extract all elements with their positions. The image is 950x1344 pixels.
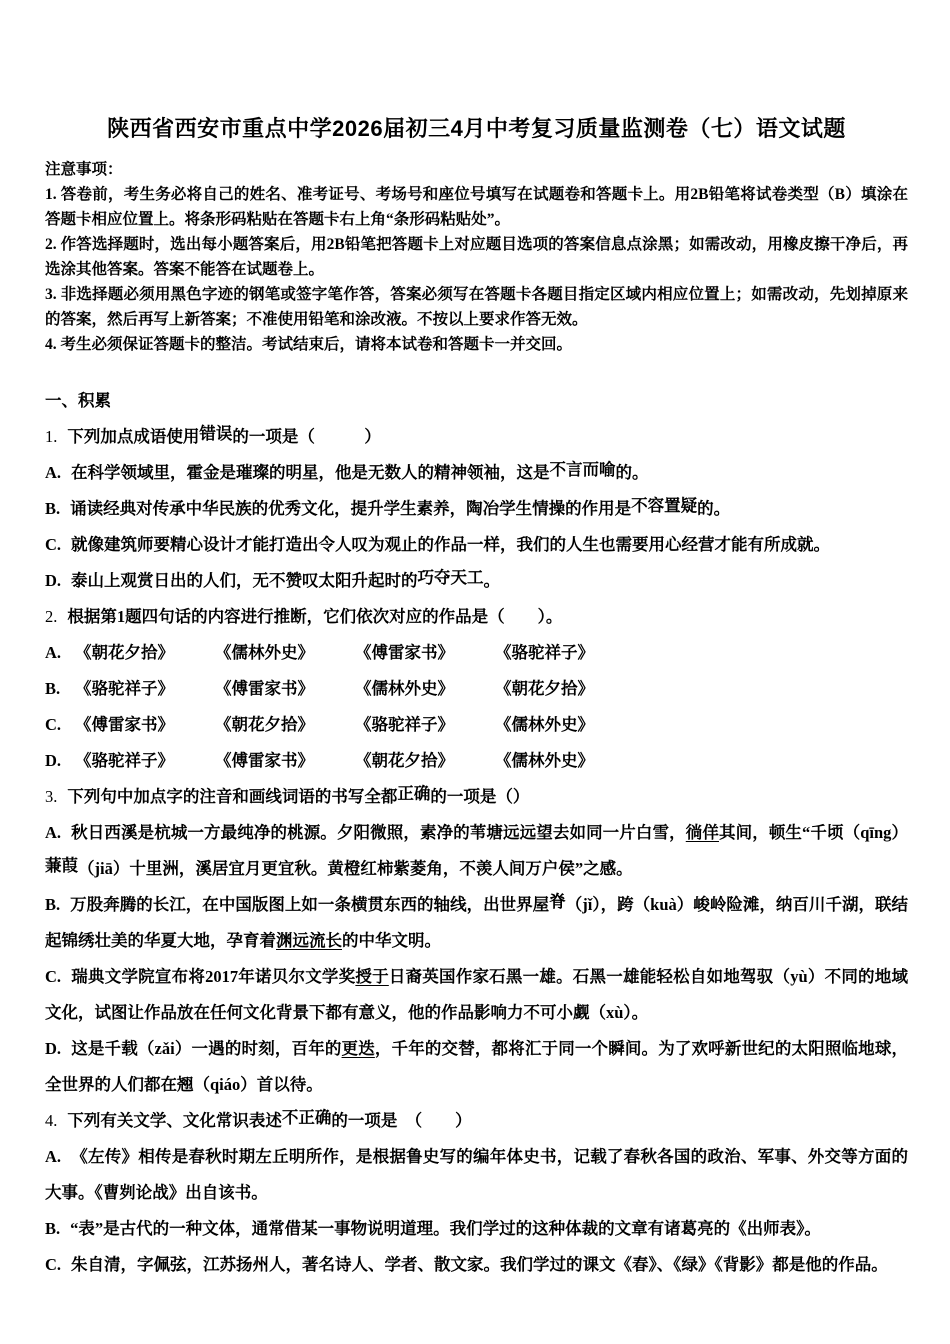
- question-3-option-b: B.万股奔腾的长江，在中国版图上如一条横贯东西的轴线，出世界屋脊（jǐ），跨（k…: [45, 887, 908, 959]
- question-1-option-c: C.就像建筑师要精心设计才能打造出令人叹为观止的作品一样，我们的人生也需要用心经…: [45, 527, 908, 563]
- section-heading: 一、积累: [45, 383, 908, 419]
- question-4-option-c: C.朱自清，字佩弦，江苏扬州人，著名诗人、学者、散文家。我们学过的课文《春》、《…: [45, 1247, 908, 1283]
- question-4-number: 4.: [45, 1111, 57, 1130]
- option-label: C.: [45, 1255, 61, 1274]
- notice-item-2: 2. 作答选择题时，选出每小题答案后，用2B铅笔把答题卡上对应题目选项的答案信息…: [45, 232, 908, 282]
- question-4-option-b: B.“表”是古代的一种文体，通常借某一事物说明道理。我们学过的这种体裁的文章有诸…: [45, 1211, 908, 1247]
- book-title: 《傅雷家书》: [355, 635, 495, 671]
- book-title: 《朝花夕拾》: [215, 707, 355, 743]
- question-4-text: 下列有关文学、文化常识表述不正确的一项是 （ ）: [67, 1108, 471, 1130]
- question-4-option-a: A.《左传》相传是春秋时期左丘明所作，是根据鲁史写的编年体史书，记载了春秋各国的…: [45, 1139, 908, 1211]
- option-label: D.: [45, 571, 61, 590]
- option-text: 在科学领域里，霍金是璀璨的明星，他是无数人的精神领袖，这是不言而喻的。: [71, 460, 649, 482]
- question-2-option-a: A.《朝花夕拾》《儒林外史》《傅雷家书》《骆驼祥子》: [45, 635, 908, 671]
- option-label: A.: [45, 823, 61, 842]
- question-2-stem: 2.根据第1题四句话的内容进行推断，它们依次对应的作品是（ ）。: [45, 599, 908, 635]
- question-1-text: 下列加点成语使用错误的一项是（ ）: [67, 424, 381, 446]
- question-2-option-b: B.《骆驼祥子》《傅雷家书》《儒林外史》《朝花夕拾》: [45, 671, 908, 707]
- question-4-stem: 4.下列有关文学、文化常识表述不正确的一项是 （ ）: [45, 1103, 908, 1139]
- question-3-stem: 3.下列句中加点字的注音和画线词语的书写全都正确的一项是（）: [45, 779, 908, 815]
- option-text: 泰山上观赏日出的人们，无不赞叹太阳升起时的巧夺天工。: [71, 568, 500, 590]
- question-2-number: 2.: [45, 607, 57, 626]
- book-title: 《骆驼祥子》: [75, 743, 215, 779]
- book-title: 《朝花夕拾》: [495, 671, 635, 707]
- option-label: A.: [45, 1147, 61, 1166]
- notice-section: 注意事项： 1. 答卷前，考生务必将自己的姓名、准考证号、考场号和座位号填写在试…: [45, 157, 908, 357]
- notice-item-1: 1. 答卷前，考生务必将自己的姓名、准考证号、考场号和座位号填写在试题卷和答题卡…: [45, 182, 908, 232]
- question-3-option-c: C.瑞典文学院宣布将2017年诺贝尔文学奖授于日裔英国作家石黑一雄。石黑一雄能轻…: [45, 959, 908, 1031]
- option-label: D.: [45, 743, 75, 779]
- section-accumulation: 一、积累 1.下列加点成语使用错误的一项是（ ） A.在科学领域里，霍金是璀璨的…: [45, 383, 908, 1283]
- book-title: 《儒林外史》: [495, 743, 635, 779]
- option-label: B.: [45, 671, 75, 707]
- option-text: 秋日西溪是杭城一方最纯净的桃源。夕阳微照，素净的苇塘远远望去如同一片白雪，徜佯其…: [45, 823, 908, 878]
- option-text: 就像建筑师要精心设计才能打造出令人叹为观止的作品一样，我们的人生也需要用心经营才…: [71, 535, 830, 554]
- notice-heading: 注意事项：: [45, 157, 908, 182]
- notice-item-4: 4. 考生必须保证答题卡的整洁。考试结束后，请将本试卷和答题卡一并交回。: [45, 332, 908, 357]
- option-text: 《左传》相传是春秋时期左丘明所作，是根据鲁史写的编年体史书，记载了春秋各国的政治…: [45, 1147, 908, 1202]
- book-title: 《骆驼祥子》: [355, 707, 495, 743]
- question-2-option-d: D.《骆驼祥子》《傅雷家书》《朝花夕拾》《儒林外史》: [45, 743, 908, 779]
- option-label: A.: [45, 463, 61, 482]
- option-text: 诵读经典对传承中华民族的优秀文化，提升学生素养，陶冶学生情操的作用是不容置疑的。: [70, 496, 730, 518]
- option-label: A.: [45, 635, 75, 671]
- question-3-text: 下列句中加点字的注音和画线词语的书写全都正确的一项是（）: [67, 784, 529, 806]
- option-label: C.: [45, 967, 61, 986]
- book-title: 《傅雷家书》: [215, 743, 355, 779]
- question-1-option-d: D.泰山上观赏日出的人们，无不赞叹太阳升起时的巧夺天工。: [45, 563, 908, 599]
- book-title: 《儒林外史》: [355, 671, 495, 707]
- question-1-stem: 1.下列加点成语使用错误的一项是（ ）: [45, 419, 908, 455]
- option-label: B.: [45, 895, 60, 914]
- option-text: 万股奔腾的长江，在中国版图上如一条横贯东西的轴线，出世界屋脊（jǐ），跨（kuà…: [45, 892, 908, 950]
- book-title: 《儒林外史》: [215, 635, 355, 671]
- question-3-option-d: D.这是千载（zǎi）一遇的时刻，百年的更迭，千年的交替，都将汇于同一个瞬间。为…: [45, 1031, 908, 1103]
- book-title: 《骆驼祥子》: [495, 635, 635, 671]
- book-title: 《傅雷家书》: [75, 707, 215, 743]
- option-label: D.: [45, 1039, 61, 1058]
- notice-item-3: 3. 非选择题必须用黑色字迹的钢笔或签字笔作答，答案必须写在答题卡各题目指定区域…: [45, 282, 908, 332]
- book-title: 《骆驼祥子》: [75, 671, 215, 707]
- option-label: C.: [45, 535, 61, 554]
- exam-paper-page: 陕西省西安市重点中学2026届初三4月中考复习质量监测卷（七）语文试题 注意事项…: [0, 0, 950, 1344]
- option-label: C.: [45, 707, 75, 743]
- option-text: 瑞典文学院宣布将2017年诺贝尔文学奖授于日裔英国作家石黑一雄。石黑一雄能轻松自…: [45, 967, 908, 1022]
- question-1-option-b: B.诵读经典对传承中华民族的优秀文化，提升学生素养，陶冶学生情操的作用是不容置疑…: [45, 491, 908, 527]
- book-title: 《傅雷家书》: [215, 671, 355, 707]
- option-text: 这是千载（zǎi）一遇的时刻，百年的更迭，千年的交替，都将汇于同一个瞬间。为了欢…: [45, 1039, 908, 1094]
- book-title: 《朝花夕拾》: [75, 635, 215, 671]
- question-3-option-a: A.秋日西溪是杭城一方最纯净的桃源。夕阳微照，素净的苇塘远远望去如同一片白雪，徜…: [45, 815, 908, 887]
- book-title: 《儒林外史》: [495, 707, 635, 743]
- question-3-number: 3.: [45, 787, 57, 806]
- question-2-text: 根据第1题四句话的内容进行推断，它们依次对应的作品是（ ）。: [67, 607, 562, 626]
- option-label: B.: [45, 1219, 60, 1238]
- question-1-number: 1.: [45, 427, 57, 446]
- book-title: 《朝花夕拾》: [355, 743, 495, 779]
- option-text: “表”是古代的一种文体，通常借某一事物说明道理。我们学过的这种体裁的文章有诸葛亮…: [70, 1219, 821, 1238]
- page-title: 陕西省西安市重点中学2026届初三4月中考复习质量监测卷（七）语文试题: [45, 112, 908, 143]
- question-1-option-a: A.在科学领域里，霍金是璀璨的明星，他是无数人的精神领袖，这是不言而喻的。: [45, 455, 908, 491]
- option-label: B.: [45, 499, 60, 518]
- option-text: 朱自清，字佩弦，江苏扬州人，著名诗人、学者、散文家。我们学过的课文《春》、《绿》…: [71, 1255, 888, 1274]
- question-2-option-c: C.《傅雷家书》《朝花夕拾》《骆驼祥子》《儒林外史》: [45, 707, 908, 743]
